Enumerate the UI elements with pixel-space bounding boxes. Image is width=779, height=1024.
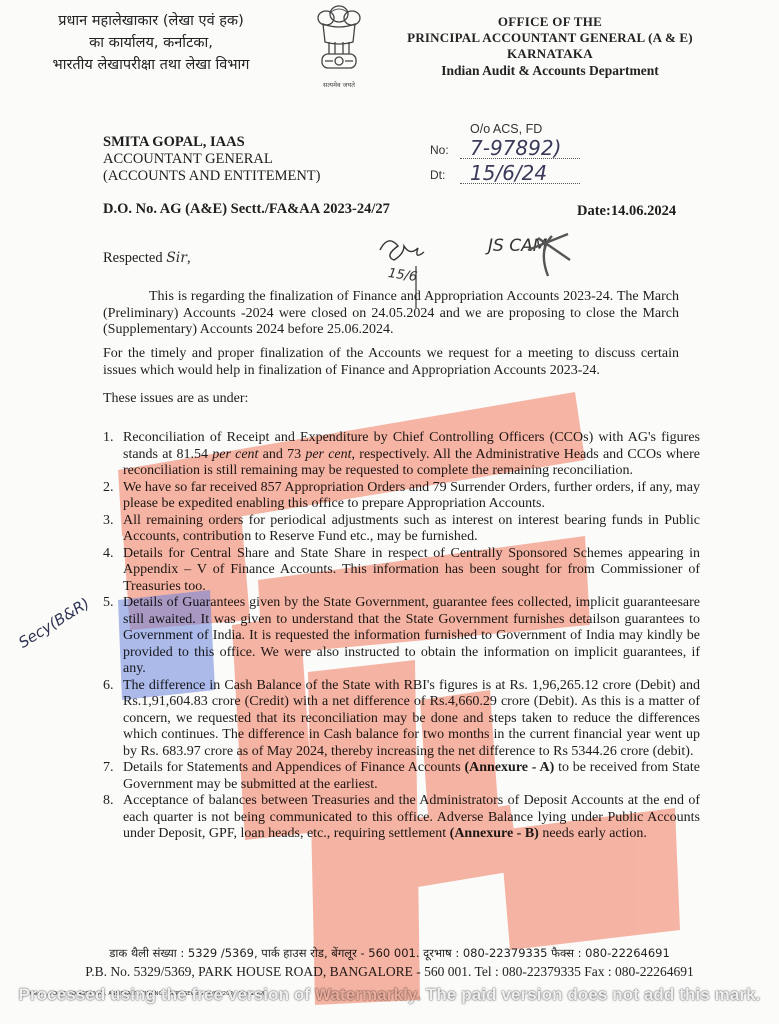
footer-address-hindi: डाक थैली संख्या : 5329 /5369, पार्क हाउस… [0, 946, 779, 961]
issue-item: 2.We have so far received 857 Appropriat… [123, 480, 700, 513]
issue-text: Details for Statements and Appendices of… [123, 760, 464, 775]
letterhead-hindi-line: प्रधान महालेखाकार (लेखा एवं हक) [36, 10, 266, 32]
letter-page: प्रधान महालेखाकार (लेखा एवं हक) का कार्य… [0, 0, 779, 1024]
issue-text: Details of Guarantees given by the State… [123, 595, 700, 676]
salutation: Respected Sir, [103, 250, 191, 267]
letterhead-hindi-line: भारतीय लेखापरीक्षा तथा लेखा विभाग [36, 54, 266, 76]
national-emblem: सत्यमेव जयते [308, 2, 370, 92]
issue-number: 1. [103, 430, 114, 447]
sender-block: SMITA GOPAL, IAAS ACCOUNTANT GENERAL (AC… [103, 134, 320, 185]
issue-number: 3. [103, 513, 114, 530]
inward-date-label: Dt: [430, 166, 460, 184]
issue-text: and 73 [258, 447, 305, 462]
issue-item: 7.Details for Statements and Appendices … [123, 760, 700, 793]
signature-scribble-icon [518, 230, 588, 280]
handwritten-margin-note: Secy(B&R) [15, 594, 92, 652]
issue-item: 1.Reconciliation of Receipt and Expendit… [123, 430, 700, 480]
footer-address-english: P.B. No. 5329/5369, PARK HOUSE ROAD, BAN… [0, 964, 779, 980]
letterhead-english-line: KARNATAKA [400, 46, 700, 62]
do-number: D.O. No. AG (A&E) Sectt./FA&AA 2023-24/2… [103, 201, 390, 218]
inward-stamp: O/o ACS, FD No: 7-97892) Dt: 15/6/24 [430, 120, 580, 184]
salutation-text: Respected [103, 250, 163, 266]
body-paragraph-intro: This is regarding the finalization of Fi… [103, 289, 679, 339]
issue-number: 5. [103, 595, 114, 612]
issue-number: 6. [103, 678, 114, 695]
body-paragraph-lead: These issues are as under: [103, 391, 679, 408]
issue-number: 7. [103, 760, 114, 777]
issue-text: The difference in Cash Balance of the St… [123, 678, 700, 759]
issue-item: 8.Acceptance of balances between Treasur… [123, 793, 700, 843]
issue-item: 5.Details of Guarantees given by the Sta… [123, 595, 700, 678]
letterhead-hindi-line: का कार्यालय, कर्नाटका, [36, 32, 266, 54]
issue-text: per cent [212, 447, 258, 462]
issue-item: 3.All remaining orders for periodical ad… [123, 513, 700, 546]
issue-text: Details for Central Share and State Shar… [123, 546, 700, 594]
inward-no-label: No: [430, 141, 460, 159]
issues-list: 1.Reconciliation of Receipt and Expendit… [103, 430, 700, 843]
issue-text: per cent [305, 447, 351, 462]
letter-date: Date:14.06.2024 [577, 203, 676, 220]
issue-number: 8. [103, 793, 114, 810]
inward-date-value: 15/6/24 [460, 163, 580, 184]
issue-item: 4.Details for Central Share and State Sh… [123, 546, 700, 596]
letterhead-english-line: OFFICE OF THE [400, 14, 700, 30]
emblem-motto: सत्यमेव जयते [308, 80, 370, 89]
issue-number: 4. [103, 546, 114, 563]
sender-name: SMITA GOPAL, IAAS [103, 134, 320, 151]
ashoka-emblem-icon [313, 2, 365, 80]
issue-text: (Annexure - A) [464, 760, 554, 775]
issue-item: 6.The difference in Cash Balance of the … [123, 678, 700, 761]
salutation-suffix: , [187, 250, 191, 266]
issue-text: All remaining orders for periodical adju… [123, 513, 700, 545]
salutation-handwritten: Sir [166, 250, 187, 266]
letterhead-english: OFFICE OF THE PRINCIPAL ACCOUNTANT GENER… [400, 14, 700, 80]
body-paragraph-request: For the timely and proper finalization o… [103, 346, 679, 379]
letterhead-english-line: PRINCIPAL ACCOUNTANT GENERAL (A & E) [400, 30, 700, 46]
watermark-notice: Processed using the free version of Wate… [0, 985, 779, 1005]
letterhead-english-line: Indian Audit & Accounts Department [400, 62, 700, 80]
issue-text: needs early action. [539, 826, 647, 841]
sender-designation: ACCOUNTANT GENERAL [103, 151, 320, 168]
issue-text: (Annexure - B) [450, 826, 539, 841]
inward-no-value: 7-97892) [460, 138, 580, 159]
issue-text: We have so far received 857 Appropriatio… [123, 480, 700, 512]
issue-number: 2. [103, 480, 114, 497]
letterhead-hindi: प्रधान महालेखाकार (लेखा एवं हक) का कार्य… [36, 10, 266, 76]
handwritten-initials-2: JS CAM [488, 236, 547, 256]
sender-wing: (ACCOUNTS AND ENTITEMENT) [103, 168, 320, 185]
